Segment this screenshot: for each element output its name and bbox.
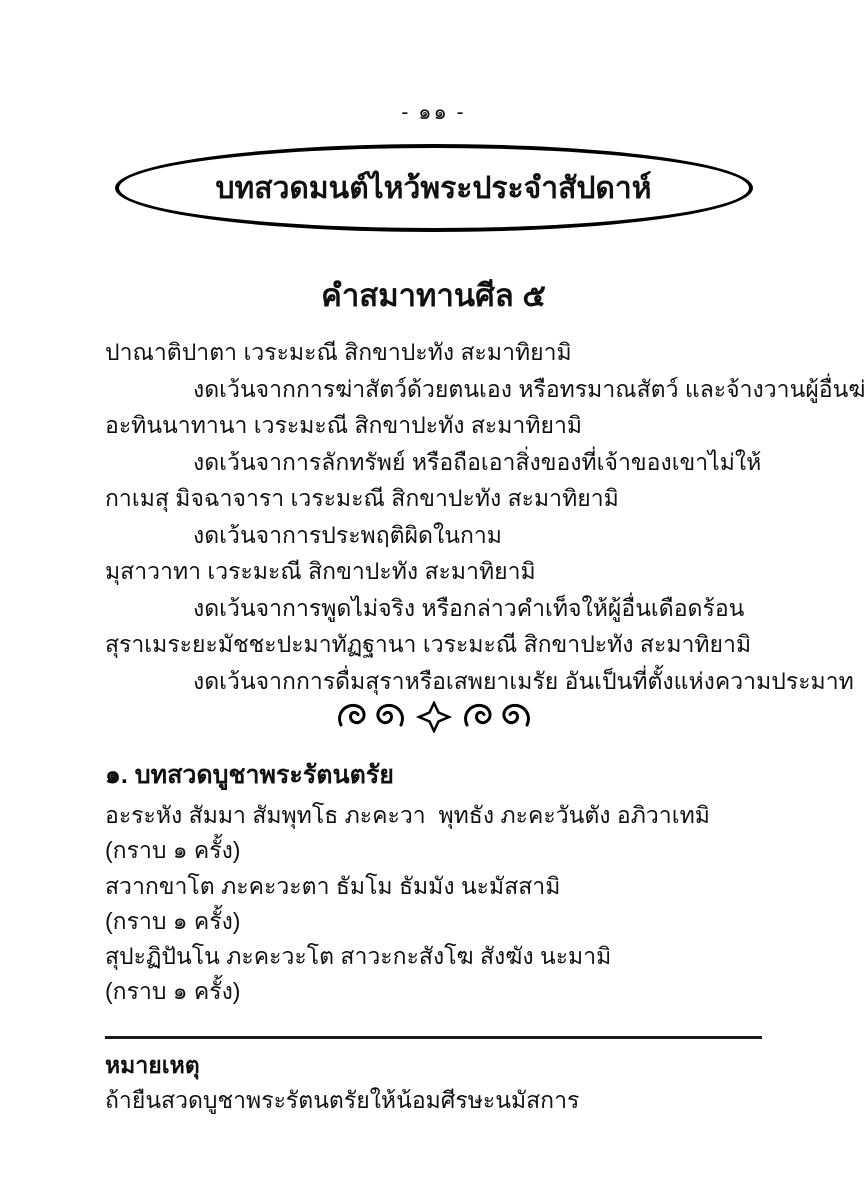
page-title: บทสวดมนต์ไหว้พระประจำสัปดาห์	[215, 165, 651, 212]
chant-instruction: (กราบ ๑ ครั้ง)	[105, 974, 762, 1009]
precept-pali: อะทินนาทานา เวระมะณี สิกขาปะทัง สะมาทิยา…	[105, 407, 762, 444]
chant-instruction: (กราบ ๑ ครั้ง)	[105, 833, 762, 868]
floral-flourish-divider-icon	[336, 701, 532, 733]
chant-line: สุปะฏิปันโน ภะคะวะโต สาวะกะสังโฆ สังฆัง …	[105, 939, 762, 974]
page-number: - ๑๑ -	[105, 0, 762, 126]
precepts-list: ปาณาติปาตา เวระมะณี สิกขาปะทัง สะมาทิยาม…	[105, 334, 762, 699]
chant-instruction: (กราบ ๑ ครั้ง)	[105, 904, 762, 939]
precept-pali: ปาณาติปาตา เวระมะณี สิกขาปะทัง สะมาทิยาม…	[105, 334, 762, 371]
document-page: - ๑๑ - บทสวดมนต์ไหว้พระประจำสัปดาห์ คำสม…	[0, 0, 867, 1200]
precept-meaning: งดเว้นจาการลักทรัพย์ หรือถือเอาสิ่งของที…	[105, 444, 762, 481]
precept-meaning: งดเว้นจาการประพฤติผิดในกาม	[105, 517, 762, 554]
precept-pali: กาเมสุ มิจฉาจารา เวระมะณี สิกขาปะทัง สะม…	[105, 480, 762, 517]
footnote-divider-line	[105, 1036, 762, 1039]
section-divider	[105, 701, 762, 733]
chant-line: สวากขาโต ภะคะวะตา ธัมโม ธัมมัง นะมัสสามิ	[105, 869, 762, 904]
precept-pali: สุราเมระยะมัชชะปะมาทัฏฐานา เวระมะณี สิกข…	[105, 626, 762, 663]
chant-section-heading: ๑. บทสวดบูชาพระรัตนตรัย	[105, 755, 762, 795]
footnote-label: หมายเหตุ	[105, 1048, 762, 1083]
precept-meaning: งดเว้นจากการดื่มสุราหรือเสพยาเมรัย อันเป…	[105, 663, 762, 700]
footnote-text: ถ้ายืนสวดบูชาพระรัตนตรัยให้น้อมศีรษะนมัส…	[105, 1083, 762, 1118]
title-banner-ellipse: บทสวดมนต์ไหว้พระประจำสัปดาห์	[115, 144, 753, 232]
precept-pali: มุสาวาทา เวระมะณี สิกขาปะทัง สะมาทิยามิ	[105, 553, 762, 590]
precept-meaning: งดเว้นจาการพูดไม่จริง หรือกล่าวคำเท็จให้…	[105, 590, 762, 627]
precepts-heading: คำสมาทานศีล ๕	[105, 270, 762, 320]
chant-line: อะระหัง สัมมา สัมพุทโธ ภะคะวา พุทธัง ภะค…	[105, 798, 762, 833]
precept-meaning: งดเว้นจากการฆ่าสัตว์ด้วยตนเอง หรือทรมาณส…	[105, 371, 762, 408]
chant-list: อะระหัง สัมมา สัมพุทโธ ภะคะวา พุทธัง ภะค…	[105, 798, 762, 1010]
